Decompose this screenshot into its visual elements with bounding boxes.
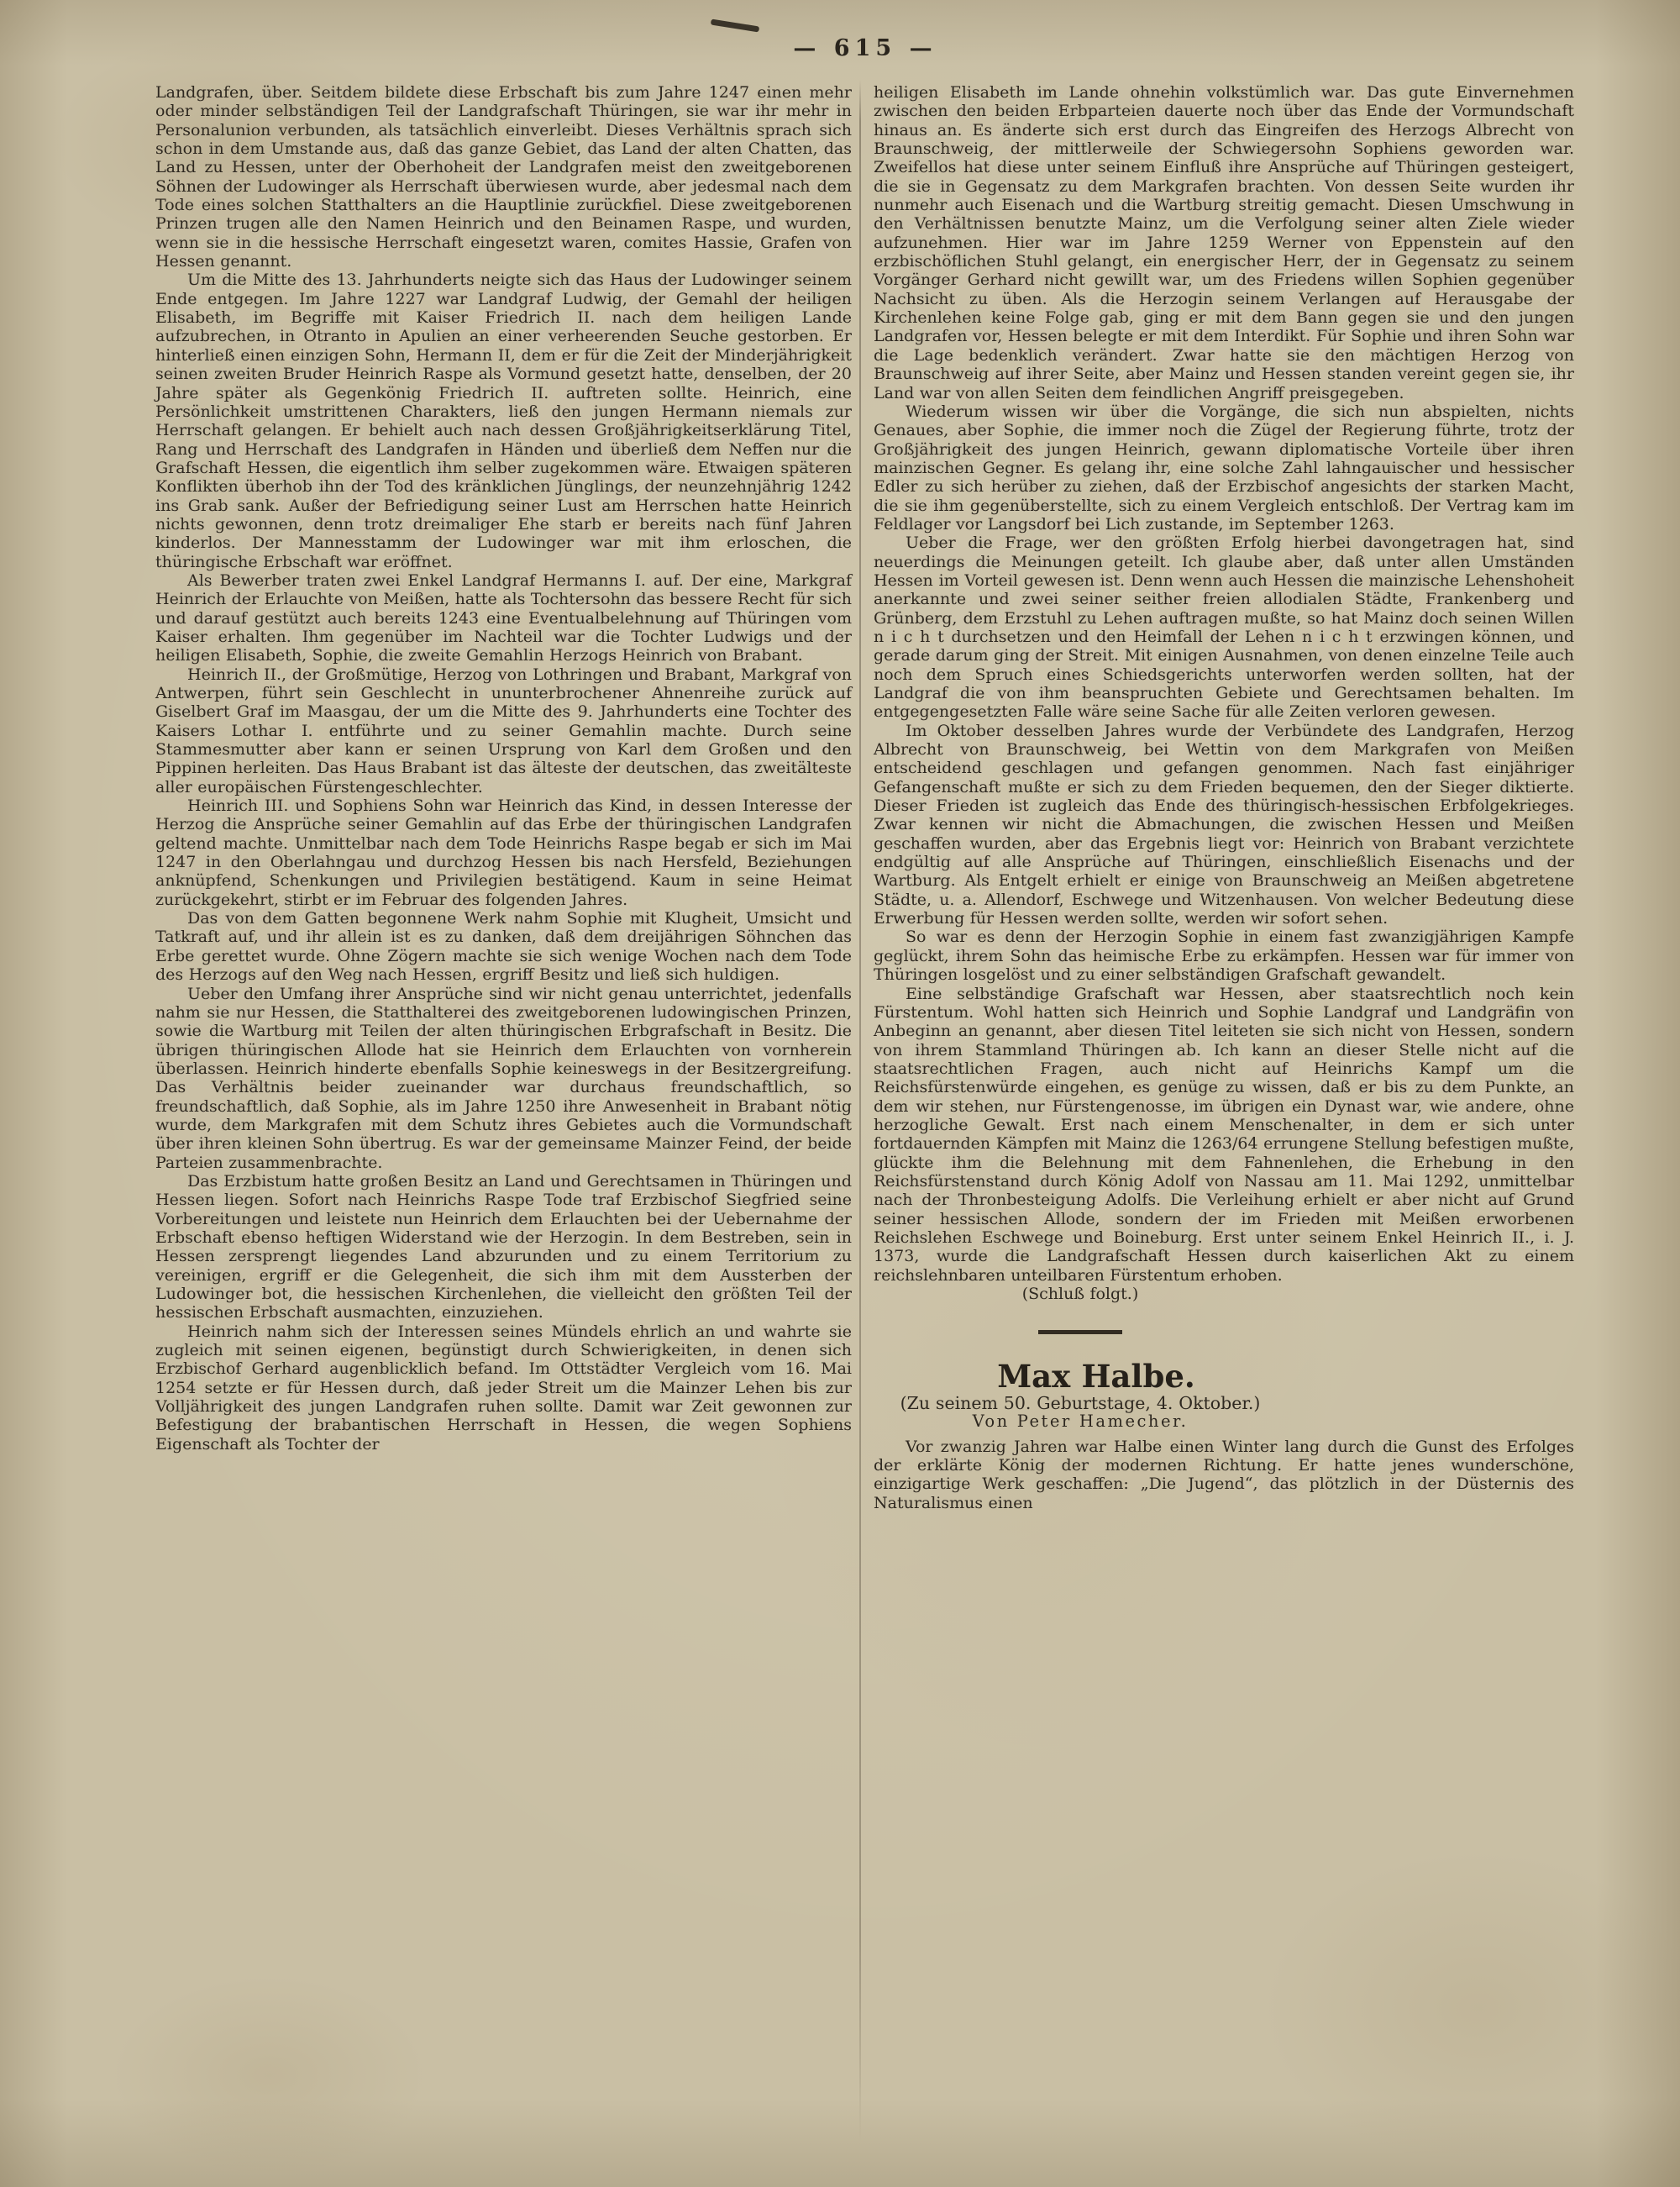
article1-continuation: heiligen Elisabeth im Lande ohnehin volk… (874, 83, 1574, 1285)
paragraph: Im Oktober desselben Jahres wurde der Ve… (874, 722, 1574, 928)
paragraph: Um die Mitte des 13. Jahrhunderts neigte… (155, 271, 852, 571)
paragraph: Ueber die Frage, wer den größten Erfolg … (874, 534, 1574, 721)
paragraph: Heinrich II., der Großmütige, Herzog von… (155, 665, 852, 796)
article2-byline: Von Peter Hamecher. (874, 1412, 1287, 1431)
paper-stain (109, 1974, 428, 2176)
paragraph: Heinrich nahm sich der Interessen seines… (155, 1322, 852, 1454)
article1-closing: (Schluß folgt.) (874, 1285, 1287, 1303)
paragraph: Vor zwanzig Jahren war Halbe einen Winte… (874, 1438, 1574, 1512)
paragraph: So war es denn der Herzogin Sophie in ei… (874, 928, 1574, 984)
page-number: — 615 — (155, 35, 1575, 61)
paragraph: Das von dem Gatten begonnene Werk nahm S… (155, 909, 852, 984)
paragraph: Als Bewerber traten zwei Enkel Landgraf … (155, 571, 852, 665)
paragraph: Das Erzbistum hatte großen Besitz an Lan… (155, 1172, 852, 1322)
ink-smudge (711, 19, 759, 33)
right-column: heiligen Elisabeth im Lande ohnehin volk… (874, 83, 1574, 1512)
article1-closing-wrap: (Schluß folgt.) Max Halbe. (Zu seinem 50… (874, 1285, 1287, 1432)
paragraph: Wiederum wissen wir über die Vorgänge, d… (874, 402, 1574, 534)
paragraph: Landgrafen, über. Seitdem bildete diese … (155, 83, 852, 271)
paragraph: Eine selbständige Grafschaft war Hessen,… (874, 985, 1574, 1285)
paragraph: heiligen Elisabeth im Lande ohnehin volk… (874, 83, 1574, 402)
paragraph: Ueber den Umfang ihrer Ansprüche sind wi… (155, 985, 852, 1172)
column-divider-rule (859, 80, 861, 2142)
article2-body: Vor zwanzig Jahren war Halbe einen Winte… (874, 1438, 1574, 1512)
paragraph: Heinrich III. und Sophiens Sohn war Hein… (155, 796, 852, 909)
paper-stain (1260, 1848, 1680, 2168)
newspaper-page: — 615 — Landgrafen, über. Seitdem bildet… (0, 0, 1680, 2187)
article2-subtitle: (Zu seinem 50. Geburtstage, 4. Oktober.) (874, 1394, 1287, 1412)
article-divider-rule (1038, 1330, 1122, 1334)
article2-title: Max Halbe. (874, 1359, 1287, 1394)
left-column: Landgrafen, über. Seitdem bildete diese … (155, 83, 852, 1454)
